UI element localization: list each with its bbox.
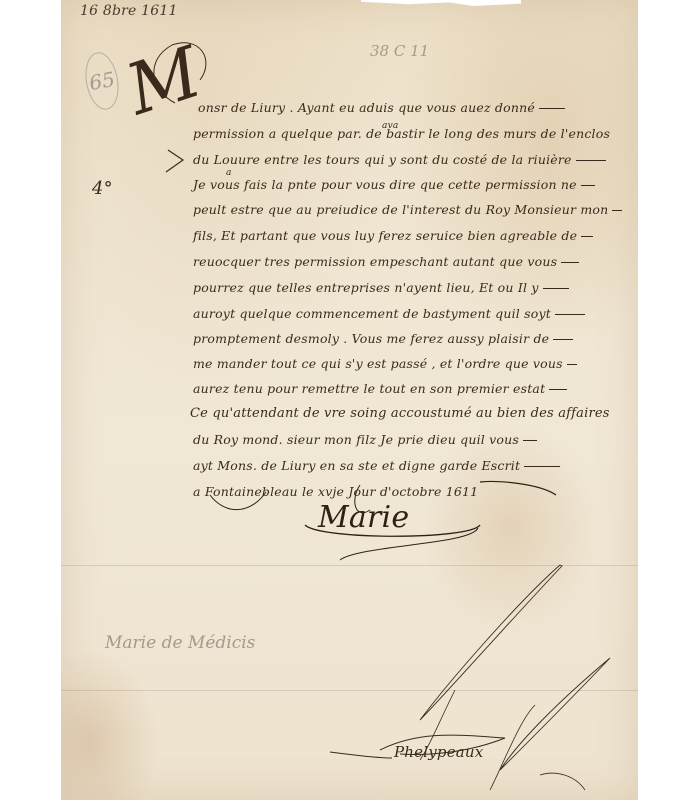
signature-marie: Marie — [318, 500, 409, 535]
letter-line: peult estre que au preiudice de l'intere… — [193, 202, 622, 217]
letter-line: permission a quelque par. de bastir le l… — [193, 126, 610, 141]
letter-line: me mander tout ce qui s'y est passé , et… — [193, 356, 577, 371]
letter-line: pourrez que telles entreprises n'ayent l… — [193, 280, 569, 295]
scan-viewport: 16 8bre 1611 38 C 11 65 M 4° ava a onsr … — [0, 0, 700, 800]
letter-line: Je vous fais la pnte pour vous dire que … — [193, 177, 595, 192]
letter-line: du Roy mond. sieur mon filz Je prie dieu… — [193, 432, 537, 447]
letter-line: a Fontainebleau le xvje Jour d'octobre 1… — [193, 484, 478, 499]
letter-line: fils, Et partant que vous luy ferez seru… — [193, 228, 593, 243]
pencil-attribution: Marie de Médicis — [105, 633, 255, 653]
archive-number: 38 C 11 — [370, 42, 429, 60]
letter-line: onsr de Liury . Ayant eu aduis que vous … — [198, 100, 565, 115]
torn-edge — [361, 0, 521, 6]
fold-line — [61, 565, 638, 566]
letter-line: Ce qu'attendant de vre soing accoustumé … — [190, 406, 610, 421]
header-date: 16 8bre 1611 — [80, 3, 178, 19]
fold-line — [61, 690, 638, 691]
letter-line: reuocquer tres permission empeschant aut… — [193, 254, 579, 269]
letter-line: auroyt quelque commencement de bastyment… — [193, 306, 585, 321]
countersignature: Phelypeaux — [394, 743, 483, 761]
letter-line: promptement desmoly . Vous me ferez auss… — [193, 331, 573, 346]
margin-note: 4° — [92, 178, 113, 199]
letter-line: ayt Mons. de Liury en sa ste et digne ga… — [193, 458, 560, 473]
letter-line: du Louure entre les tours qui y sont du … — [193, 152, 606, 167]
letter-line: aurez tenu pour remettre le tout en son … — [193, 381, 567, 396]
